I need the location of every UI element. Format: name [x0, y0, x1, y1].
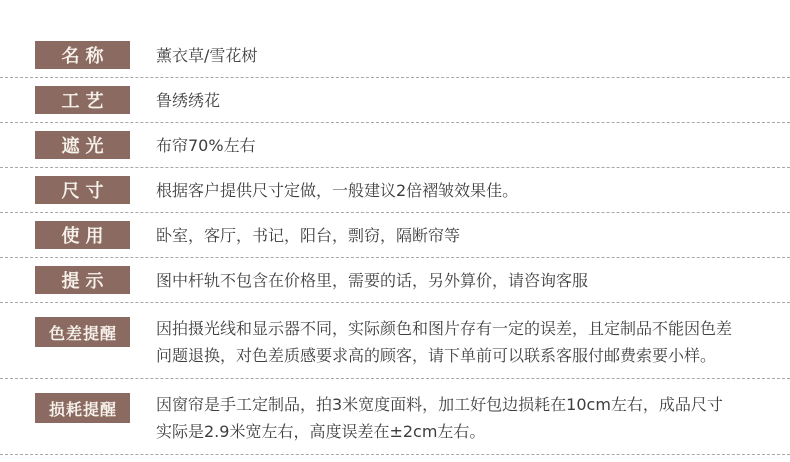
spec-label-name: 名称	[35, 41, 130, 69]
spec-value-line: 卧室，客厅，书记，阳台，剽窃，隔断帘等	[156, 222, 460, 249]
spec-label-usage: 使用	[35, 221, 130, 249]
spec-value-line: 布帘70%左右	[156, 132, 256, 159]
spec-value-loss: 因窗帘是手工定制品，拍3米宽度面料，加工好包边损耗在10cm左右，成品尺寸 实际…	[156, 391, 723, 445]
spec-label-craft: 工艺	[35, 86, 130, 114]
spec-value-line: 根据客户提供尺寸定做，一般建议2倍褶皱效果佳。	[156, 177, 518, 204]
spec-label-color-difference: 色差提醒	[35, 317, 130, 347]
spec-label-text: 名称	[56, 42, 110, 68]
spec-value-usage: 卧室，客厅，书记，阳台，剽窃，隔断帘等	[156, 222, 460, 249]
spec-value-line: 因拍摄光线和显示器不同，实际颜色和图片存有一定的误差，且定制品不能因色差	[156, 315, 732, 342]
spec-value-tips: 图中杆轨不包含在价格里，需要的话，另外算价，请咨询客服	[156, 267, 588, 294]
spec-value-size: 根据客户提供尺寸定做，一般建议2倍褶皱效果佳。	[156, 177, 518, 204]
spec-row-size: 尺寸 根据客户提供尺寸定做，一般建议2倍褶皱效果佳。	[0, 168, 790, 213]
spec-row-tips: 提示 图中杆轨不包含在价格里，需要的话，另外算价，请咨询客服	[0, 258, 790, 303]
spec-value-craft: 鲁绣绣花	[156, 87, 220, 114]
spec-row-craft: 工艺 鲁绣绣花	[0, 78, 790, 123]
spec-label-text: 提示	[56, 267, 110, 293]
spec-value-line: 鲁绣绣花	[156, 87, 220, 114]
spec-label-text: 损耗提醒	[48, 397, 117, 420]
spec-label-loss: 损耗提醒	[35, 393, 130, 423]
spec-value-color-difference: 因拍摄光线和显示器不同，实际颜色和图片存有一定的误差，且定制品不能因色差 问题退…	[156, 315, 732, 369]
spec-row-blackout: 遮光 布帘70%左右	[0, 123, 790, 168]
spec-label-text: 遮光	[56, 132, 110, 158]
spec-label-size: 尺寸	[35, 176, 130, 204]
spec-value-name: 薰衣草/雪花树	[156, 42, 257, 69]
spec-value-line: 因窗帘是手工定制品，拍3米宽度面料，加工好包边损耗在10cm左右，成品尺寸	[156, 391, 723, 418]
spec-value-line: 图中杆轨不包含在价格里，需要的话，另外算价，请咨询客服	[156, 267, 588, 294]
spec-row-loss: 损耗提醒 因窗帘是手工定制品，拍3米宽度面料，加工好包边损耗在10cm左右，成品…	[0, 379, 790, 455]
spec-value-line: 问题退换，对色差质感要求高的顾客，请下单前可以联系客服付邮费索要小样。	[156, 342, 732, 369]
spec-value-blackout: 布帘70%左右	[156, 132, 256, 159]
spec-label-tips: 提示	[35, 266, 130, 294]
spec-label-blackout: 遮光	[35, 131, 130, 159]
spec-value-line: 薰衣草/雪花树	[156, 42, 257, 69]
spec-label-text: 工艺	[56, 87, 110, 113]
spec-label-text: 使用	[56, 222, 110, 248]
spec-label-text: 色差提醒	[48, 321, 117, 344]
product-spec-table: 名称 薰衣草/雪花树 工艺 鲁绣绣花 遮光 布帘70%左右 尺寸 根据客户提供尺…	[0, 0, 790, 462]
spec-row-name: 名称 薰衣草/雪花树	[0, 33, 790, 78]
spec-row-color-difference: 色差提醒 因拍摄光线和显示器不同，实际颜色和图片存有一定的误差，且定制品不能因色…	[0, 303, 790, 379]
spec-value-line: 实际是2.9米宽左右，高度误差在±2cm左右。	[156, 418, 723, 445]
spec-label-text: 尺寸	[56, 177, 110, 203]
spec-row-usage: 使用 卧室，客厅，书记，阳台，剽窃，隔断帘等	[0, 213, 790, 258]
